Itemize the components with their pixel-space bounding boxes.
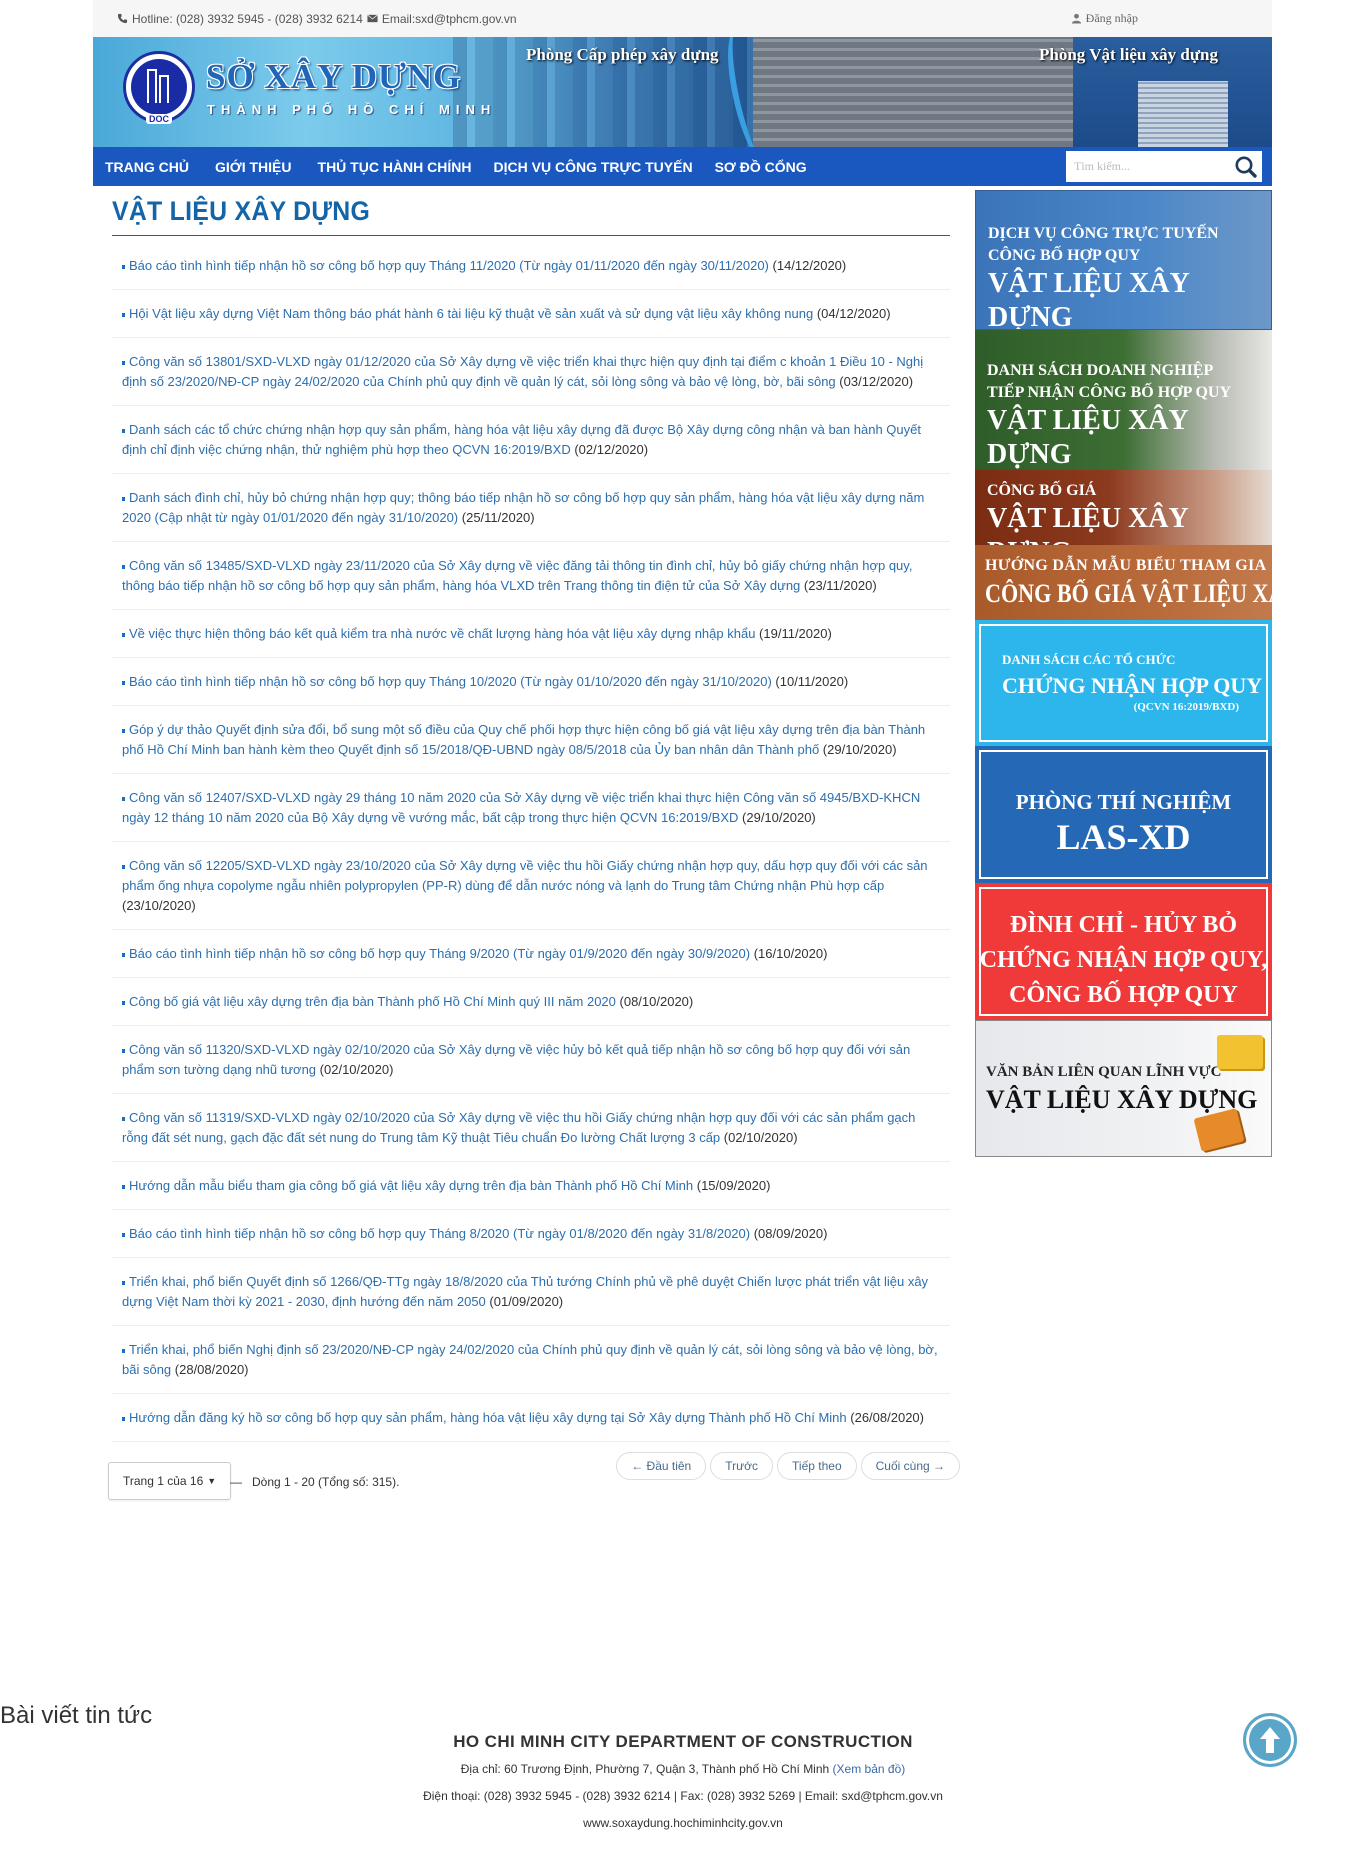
bullet-icon (122, 953, 125, 957)
next-page-button[interactable]: Tiếp theo (777, 1452, 857, 1480)
bullet-icon (122, 1185, 125, 1189)
item-date: (25/11/2020) (462, 510, 535, 525)
banner-heading: VẬT LIỆU XÂY DỰNG (988, 267, 1271, 330)
item-link[interactable]: Hội Vật liệu xây dựng Việt Nam thông báo… (129, 306, 813, 321)
item-link[interactable]: Công văn số 13801/SXD-VLXD ngày 01/12/20… (122, 354, 923, 389)
item-link[interactable]: Báo cáo tình hình tiếp nhận hồ sơ công b… (129, 1226, 750, 1241)
list-item: Triển khai, phổ biến Quyết định số 1266/… (112, 1258, 950, 1326)
bullet-icon (122, 797, 125, 801)
banner-text: TIẾP NHẬN CÔNG BỐ HỢP QUY (987, 382, 1272, 404)
page-select-dropdown[interactable]: Trang 1 của 16 ▼ (108, 1462, 231, 1500)
item-link[interactable]: Công bố giá vật liệu xây dựng trên địa b… (129, 994, 616, 1009)
bullet-icon (122, 361, 125, 365)
search-box (1066, 151, 1262, 182)
list-item: Công văn số 13801/SXD-VLXD ngày 01/12/20… (112, 338, 950, 406)
list-item: Công bố giá vật liệu xây dựng trên địa b… (112, 978, 950, 1026)
page-title: VẬT LIỆU XÂY DỰNG (112, 190, 883, 235)
department-logo[interactable]: DOC (123, 51, 195, 123)
phone-icon (117, 13, 128, 24)
news-list: Báo cáo tình hình tiếp nhận hồ sơ công b… (112, 242, 950, 1442)
list-item: Hội Vật liệu xây dựng Việt Nam thông báo… (112, 290, 950, 338)
footer-contact: Điện thoại: (028) 3932 5945 - (028) 3932… (0, 1789, 1366, 1803)
bullet-icon (122, 865, 125, 869)
item-date: (15/09/2020) (697, 1178, 771, 1193)
banner-enterprise-list[interactable]: DANH SÁCH DOANH NGHIỆP TIẾP NHẬN CÔNG BỐ… (975, 330, 1272, 470)
brand-title: SỞ XÂY DỰNG (206, 57, 461, 97)
item-date: (23/10/2020) (122, 898, 196, 913)
list-item: Danh sách các tổ chức chứng nhận hợp quy… (112, 406, 950, 474)
search-input[interactable] (1066, 151, 1229, 182)
footer-website: www.soxaydung.hochiminhcity.gov.vn (0, 1816, 1366, 1830)
item-link[interactable]: Góp ý dự thảo Quyết định sửa đổi, bổ sun… (122, 722, 925, 757)
search-icon (1234, 155, 1258, 179)
view-map-link[interactable]: (Xem bản đồ) (833, 1762, 906, 1776)
list-item: Hướng dẫn mẫu biểu tham gia công bố giá … (112, 1162, 950, 1210)
page-info-text: Dòng 1 - 20 (Tổng số: 315). (252, 1475, 399, 1489)
item-date: (03/12/2020) (839, 374, 913, 389)
item-link[interactable]: Báo cáo tình hình tiếp nhận hồ sơ công b… (129, 674, 772, 689)
item-date: (16/10/2020) (754, 946, 828, 961)
item-link[interactable]: Báo cáo tình hình tiếp nhận hồ sơ công b… (129, 946, 750, 961)
bullet-icon (122, 633, 125, 637)
search-button[interactable] (1229, 151, 1262, 182)
email-text: Email:sxd@tphcm.gov.vn (382, 12, 517, 26)
banner-heading: VẬT LIỆU XÂY DỰNG (987, 404, 1272, 470)
list-item: Công văn số 12407/SXD-VLXD ngày 29 tháng… (112, 774, 950, 842)
banner-heading: CHỨNG NHẬN HỢP QUY (1002, 671, 1269, 701)
item-link[interactable]: Công văn số 11320/SXD-VLXD ngày 02/10/20… (122, 1042, 910, 1077)
bullet-icon (122, 1417, 125, 1421)
bullet-icon (122, 1049, 125, 1053)
material-stack-image (1138, 81, 1228, 147)
item-link[interactable]: Báo cáo tình hình tiếp nhận hồ sơ công b… (129, 258, 769, 273)
list-item: Danh sách đình chỉ, hủy bỏ chứng nhận hợ… (112, 474, 950, 542)
item-date: (10/11/2020) (775, 674, 848, 689)
banner-text: DỊCH VỤ CÔNG TRỰC TUYẾN (988, 223, 1271, 245)
item-date: (26/08/2020) (850, 1410, 924, 1425)
item-date: (02/12/2020) (574, 442, 648, 457)
bullet-icon (122, 265, 125, 269)
last-page-button[interactable]: Cuối cùng → (861, 1452, 960, 1480)
nav-admin-procedures[interactable]: THỦ TỤC HÀNH CHÍNH (304, 159, 484, 175)
footer-address-text: Địa chỉ: 60 Trương Định, Phường 7, Quận … (461, 1762, 829, 1776)
header-banner: DOC SỞ XÂY DỰNG THÀNH PHỐ HỒ CHÍ MINH Ph… (93, 37, 1272, 147)
item-date: (29/10/2020) (823, 742, 897, 757)
list-item: Hướng dẫn đăng ký hồ sơ công bố hợp quy … (112, 1394, 950, 1442)
banner-text: HƯỚNG DẪN MẪU BIỂU THAM GIA (985, 555, 1272, 577)
banner-text: CÔNG BỐ GIÁ (987, 480, 1272, 502)
list-item: Báo cáo tình hình tiếp nhận hồ sơ công b… (112, 242, 950, 290)
banner-price-form-guide[interactable]: HƯỚNG DẪN MẪU BIỂU THAM GIA CÔNG BỐ GIÁ … (975, 545, 1272, 620)
list-item: Góp ý dự thảo Quyết định sửa đổi, bổ sun… (112, 706, 950, 774)
logo-building-icon (131, 59, 187, 115)
item-date: (04/12/2020) (817, 306, 891, 321)
item-date: (29/10/2020) (742, 810, 816, 825)
item-link[interactable]: Danh sách các tổ chức chứng nhận hợp quy… (122, 422, 921, 457)
bullet-icon (122, 313, 125, 317)
list-item: Công văn số 13485/SXD-VLXD ngày 23/11/20… (112, 542, 950, 610)
back-to-top-button[interactable] (1243, 1713, 1297, 1767)
prev-page-button[interactable]: Trước (710, 1452, 773, 1480)
title-divider (112, 235, 950, 236)
item-link[interactable]: Về việc thực hiện thông báo kết quả kiểm… (129, 626, 755, 641)
banner-certification-orgs[interactable]: DANH SÁCH CÁC TỔ CHỨC CHỨNG NHẬN HỢP QUY… (975, 620, 1272, 746)
page-info: — Dòng 1 - 20 (Tổng số: 315). (230, 1475, 399, 1489)
banner-related-documents[interactable]: VĂN BẢN LIÊN QUAN LĨNH VỰC VẬT LIỆU XÂY … (975, 1020, 1272, 1157)
top-bar: Hotline: (028) 3932 5945 - (028) 3932 62… (93, 0, 1272, 37)
list-item: Công văn số 11320/SXD-VLXD ngày 02/10/20… (112, 1026, 950, 1094)
banner-price-announcement[interactable]: CÔNG BỐ GIÁ VẬT LIỆU XÂY DỰNG (975, 470, 1272, 545)
folder-icon (1217, 1035, 1263, 1069)
item-date: (02/10/2020) (724, 1130, 798, 1145)
list-item: Triển khai, phổ biến Nghị định số 23/202… (112, 1326, 950, 1394)
banner-heading: VẬT LIỆU XÂY DỰNG (987, 502, 1272, 545)
list-item: Công văn số 12205/SXD-VLXD ngày 23/10/20… (112, 842, 950, 930)
item-date: (08/09/2020) (754, 1226, 828, 1241)
hotline-text: Hotline: (028) 3932 5945 - (028) 3932 62… (132, 12, 363, 26)
footer-title: HO CHI MINH CITY DEPARTMENT OF CONSTRUCT… (0, 1732, 1366, 1752)
inspection-photo (753, 37, 1073, 147)
envelope-icon (367, 13, 378, 24)
banner-heading: ĐÌNH CHỈ - HỦY BỎ (978, 908, 1269, 943)
item-link[interactable]: Công văn số 12205/SXD-VLXD ngày 23/10/20… (122, 858, 928, 893)
login-label: Đăng nhập (1086, 11, 1138, 26)
banner-las-xd-lab[interactable]: PHÒNG THÍ NGHIỆM LAS-XD (975, 746, 1272, 883)
banner-text: CÔNG BỐ HỢP QUY (988, 245, 1271, 267)
arrow-up-icon (1258, 1725, 1282, 1755)
list-item: Báo cáo tình hình tiếp nhận hồ sơ công b… (112, 1210, 950, 1258)
banner-caption-permits: Phòng Cấp phép xây dựng (526, 45, 719, 65)
bullet-icon (122, 1001, 125, 1005)
list-item: Báo cáo tình hình tiếp nhận hồ sơ công b… (112, 930, 950, 978)
banner-text: DANH SÁCH DOANH NGHIỆP (987, 360, 1272, 382)
nav-online-services[interactable]: DỊCH VỤ CÔNG TRỰC TUYẾN (484, 159, 705, 175)
login-link[interactable]: Đăng nhập (1071, 11, 1138, 26)
bullet-icon (122, 565, 125, 569)
brand-subtitle: THÀNH PHỐ HỒ CHÍ MINH (207, 102, 496, 117)
main-nav: TRANG CHỦ GIỚI THIỆU THỦ TỤC HÀNH CHÍNH … (93, 147, 1272, 186)
banner-suspension[interactable]: ĐÌNH CHỈ - HỦY BỎ CHỨNG NHẬN HỢP QUY, CÔ… (975, 883, 1272, 1020)
item-date: (23/11/2020) (804, 578, 877, 593)
list-item: Công văn số 11319/SXD-VLXD ngày 02/10/20… (112, 1094, 950, 1162)
pagination: Trang 1 của 16 ▼ — Dòng 1 - 20 (Tổng số:… (112, 1460, 950, 1530)
bullet-icon (122, 1281, 125, 1285)
item-link[interactable]: Hướng dẫn đăng ký hồ sơ công bố hợp quy … (129, 1410, 847, 1425)
bullet-icon (122, 729, 125, 733)
page-select-label: Trang 1 của 16 (123, 1474, 203, 1488)
footer-address: Địa chỉ: 60 Trương Định, Phường 7, Quận … (0, 1762, 1366, 1776)
item-date: (01/09/2020) (489, 1294, 563, 1309)
banner-heading: CHỨNG NHẬN HỢP QUY, (978, 943, 1269, 978)
item-link[interactable]: Hướng dẫn mẫu biểu tham gia công bố giá … (129, 1178, 693, 1193)
footer: HO CHI MINH CITY DEPARTMENT OF CONSTRUCT… (0, 1732, 1366, 1843)
nav-sitemap[interactable]: SƠ ĐỒ CỔNG (705, 159, 819, 175)
banner-online-conformity[interactable]: DỊCH VỤ CÔNG TRỰC TUYẾN CÔNG BỐ HỢP QUY … (975, 190, 1272, 330)
main-content: VẬT LIỆU XÂY DỰNG Báo cáo tình hình tiếp… (112, 190, 950, 1530)
bullet-icon (122, 681, 125, 685)
banner-caption-materials: Phòng Vật liệu xây dựng (1039, 45, 1218, 65)
banner-heading: CÔNG BỐ HỢP QUY (978, 978, 1269, 1013)
logo-doc-label: DOC (146, 114, 172, 124)
nav-about[interactable]: GIỚI THIỆU (201, 159, 304, 175)
banner-text: PHÒNG THÍ NGHIỆM (978, 787, 1269, 817)
nav-home[interactable]: TRANG CHỦ (93, 159, 201, 175)
bullet-icon (122, 497, 125, 501)
item-link[interactable]: Công văn số 13485/SXD-VLXD ngày 23/11/20… (122, 558, 912, 593)
banner-heading: LAS-XD (978, 817, 1269, 857)
item-date: (08/10/2020) (620, 994, 694, 1009)
news-section-heading: Bài viết tin tức (0, 1702, 152, 1730)
bullet-icon (122, 1349, 125, 1353)
item-date: (02/10/2020) (320, 1062, 394, 1077)
bullet-icon (122, 1233, 125, 1237)
sidebar: DỊCH VỤ CÔNG TRỰC TUYẾN CÔNG BỐ HỢP QUY … (975, 190, 1272, 1157)
list-item: Báo cáo tình hình tiếp nhận hồ sơ công b… (112, 658, 950, 706)
item-date: (19/11/2020) (759, 626, 832, 641)
item-date: (14/12/2020) (773, 258, 847, 273)
bullet-icon (122, 429, 125, 433)
pager-buttons: ← Đầu tiên Trước Tiếp theo Cuối cùng → (616, 1452, 960, 1480)
first-page-button[interactable]: ← Đầu tiên (616, 1452, 706, 1480)
list-item: Về việc thực hiện thông báo kết quả kiểm… (112, 610, 950, 658)
banner-text: DANH SÁCH CÁC TỔ CHỨC (1002, 649, 1269, 671)
user-icon (1071, 13, 1082, 24)
item-date: (28/08/2020) (175, 1362, 249, 1377)
page-info-separator: — (230, 1475, 242, 1489)
bullet-icon (122, 1117, 125, 1121)
banner-heading: CÔNG BỐ GIÁ VẬT LIỆU XÂY DỰNG (985, 577, 1229, 611)
banner-note: (QCVN 16:2019/BXD) (1002, 701, 1269, 713)
caret-down-icon: ▼ (207, 1476, 216, 1486)
